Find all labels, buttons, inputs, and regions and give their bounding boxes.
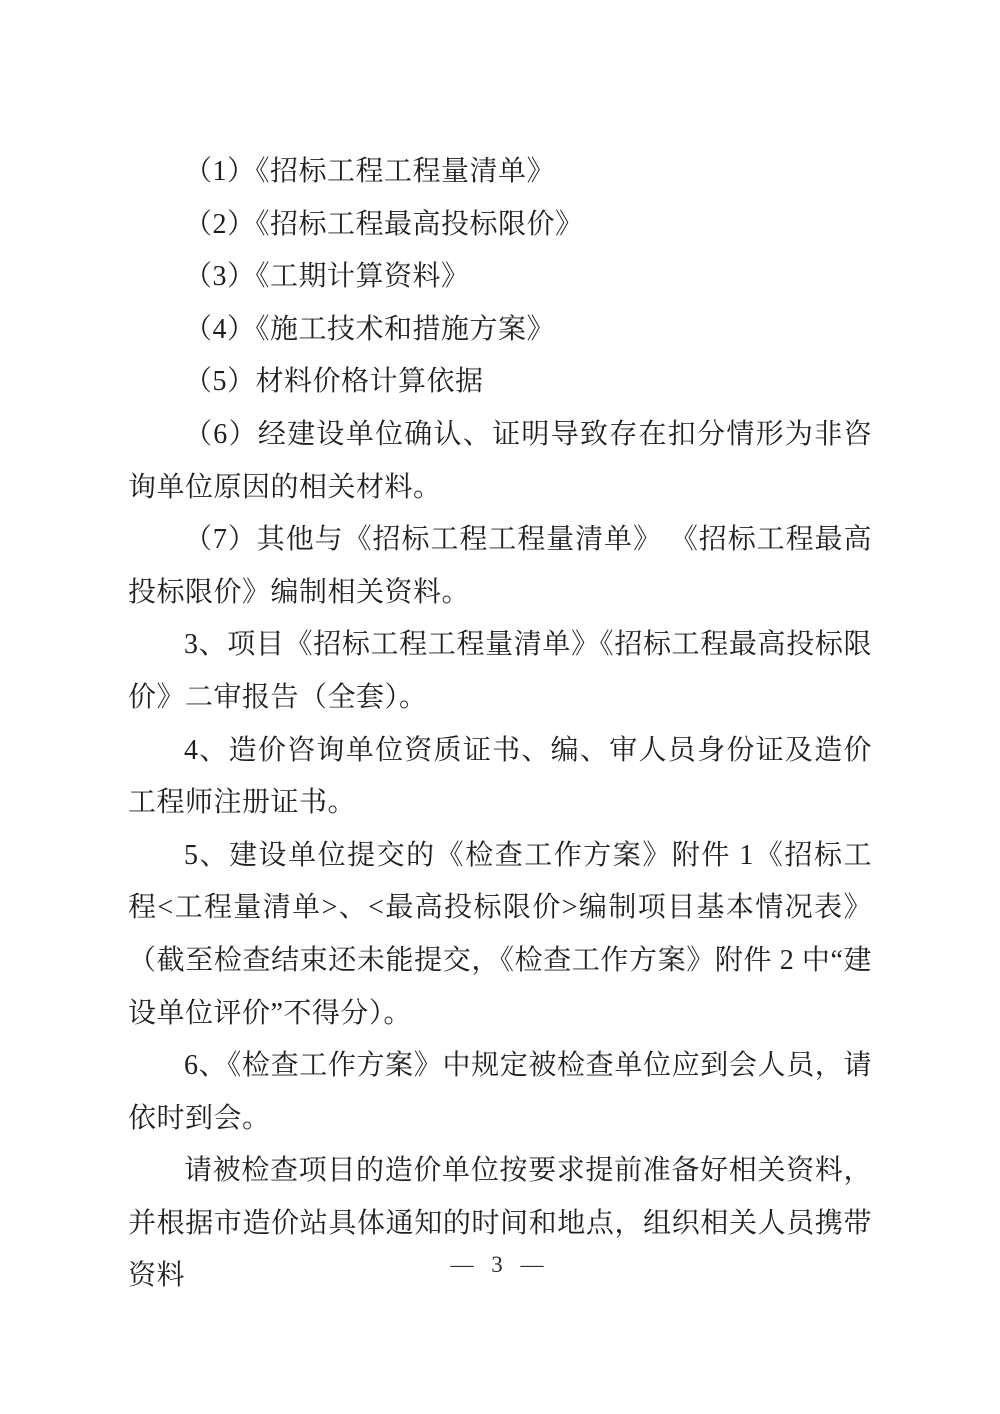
page-number: — 3 —: [0, 1252, 1000, 1278]
numbered-item-6: 6、《检查工作方案》中规定被检查单位应到会人员，请依时到会。: [128, 1040, 872, 1145]
closing-paragraph: 请被检查项目的造价单位按要求提前准备好相关资料，并根据市造价站具体通知的时间和地…: [128, 1145, 872, 1303]
list-item-3: （3）《工期计算资料》: [128, 251, 872, 304]
document-page: （1）《招标工程工程量清单》 （2）《招标工程最高投标限价》 （3）《工期计算资…: [0, 0, 1000, 1414]
list-item-5: （5）材料价格计算依据: [128, 356, 872, 409]
document-body: （1）《招标工程工程量清单》 （2）《招标工程最高投标限价》 （3）《工期计算资…: [128, 146, 872, 1303]
list-item-6: （6）经建设单位确认、证明导致存在扣分情形为非咨询单位原因的相关材料。: [128, 409, 872, 514]
list-item-2: （2）《招标工程最高投标限价》: [128, 199, 872, 252]
list-item-7: （7）其他与《招标工程工程量清单》 《招标工程最高投标限价》编制相关资料。: [128, 514, 872, 619]
numbered-item-5: 5、建设单位提交的《检查工作方案》附件 1《招标工程<工程量清单>、<最高投标限…: [128, 830, 872, 1040]
numbered-item-3: 3、项目《招标工程工程量清单》《招标工程最高投标限价》二审报告（全套）。: [128, 619, 872, 724]
list-item-1: （1）《招标工程工程量清单》: [128, 146, 872, 199]
numbered-item-4: 4、造价咨询单位资质证书、编、审人员身份证及造价工程师注册证书。: [128, 725, 872, 830]
list-item-4: （4）《施工技术和措施方案》: [128, 304, 872, 357]
